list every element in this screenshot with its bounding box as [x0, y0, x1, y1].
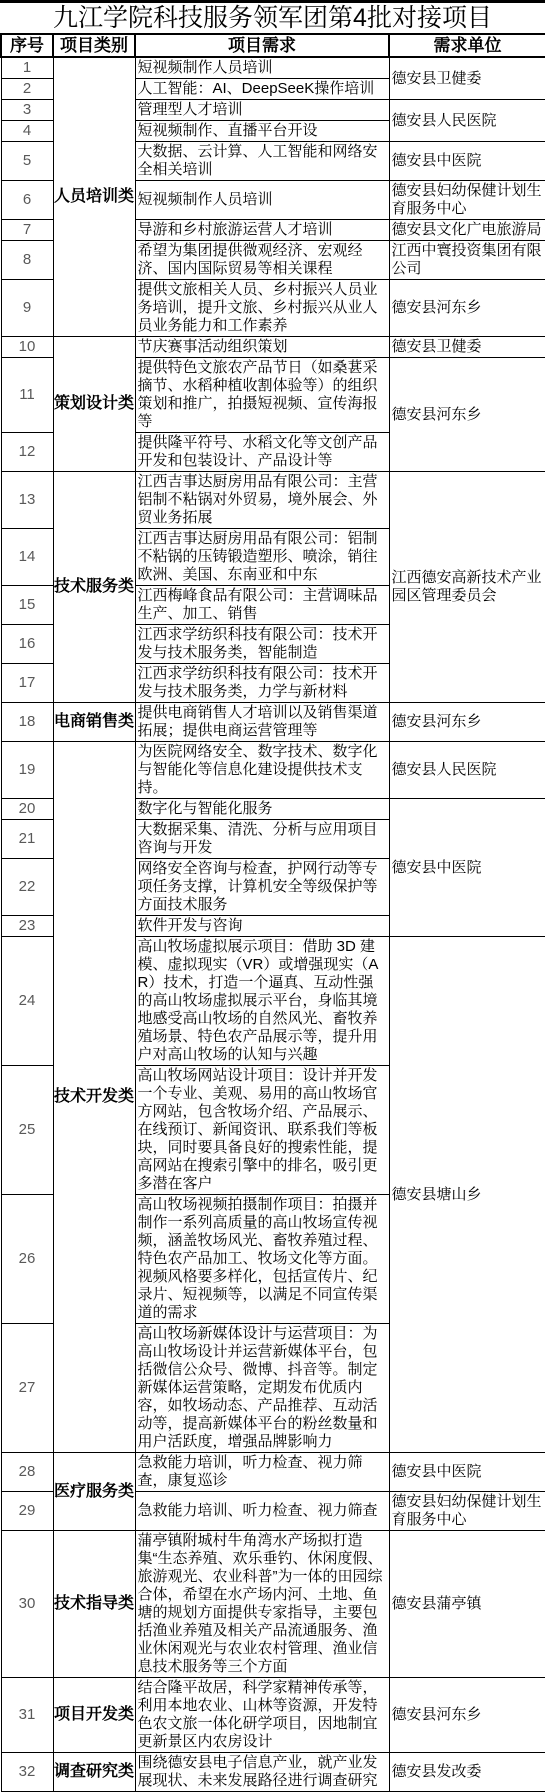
- requirement-cell: 节庆赛事活动组织策划: [135, 337, 389, 358]
- row-number-cell: 11: [1, 358, 53, 433]
- row-number-cell: 14: [1, 529, 53, 586]
- header-serial-number: 序号: [1, 34, 53, 57]
- row-number-cell: 28: [1, 1453, 53, 1492]
- requirement-cell: 蒲亭镇附城村牛角湾水产场拟打造集“生态养殖、欢乐垂钓、休闲度假、旅游观光、农业科…: [135, 1531, 389, 1678]
- requirement-cell: 短视频制作人员培训: [135, 181, 389, 220]
- unit-cell: 德安县卫健委: [389, 337, 545, 358]
- category-cell: 人员培训类: [53, 57, 135, 337]
- row-number-cell: 16: [1, 625, 53, 664]
- category-cell: 医疗服务类: [53, 1453, 135, 1531]
- requirement-cell: 短视频制作人员培训: [135, 57, 389, 79]
- requirement-cell: 软件开发与咨询: [135, 916, 389, 937]
- category-cell: 电商销售类: [53, 703, 135, 742]
- row-number-cell: 12: [1, 433, 53, 472]
- unit-cell: 德安县卫健委: [389, 57, 545, 100]
- requirement-cell: 为医院网络安全、数字技术、数字化与智能化等信息化建设提供技术支持。: [135, 742, 389, 799]
- requirement-cell: 急救能力培训、听力检查、视力筛查: [135, 1492, 389, 1531]
- requirement-cell: 结合隆平故居，科学家精神传承等，利用本地农业、山林等资源，开发特色农文旅一体化研…: [135, 1678, 389, 1753]
- unit-cell: 德安县塘山乡: [389, 937, 545, 1453]
- table-row: 28医疗服务类急救能力培训，听力检查、视力筛查，康复巡诊德安县中医院: [1, 1453, 545, 1492]
- row-number-cell: 18: [1, 703, 53, 742]
- row-number-cell: 24: [1, 937, 53, 1066]
- unit-cell: 德安县河东乡: [389, 358, 545, 472]
- requirement-cell: 提供电商销售人才培训以及销售渠道拓展；提供电商运营管理等: [135, 703, 389, 742]
- table-row: 30技术指导类蒲亭镇附城村牛角湾水产场拟打造集“生态养殖、欢乐垂钓、休闲度假、旅…: [1, 1531, 545, 1678]
- row-number-cell: 17: [1, 664, 53, 703]
- row-number-cell: 2: [1, 79, 53, 100]
- row-number-cell: 4: [1, 121, 53, 142]
- table-row: 31项目开发类结合隆平故居，科学家精神传承等，利用本地农业、山林等资源，开发特色…: [1, 1678, 545, 1753]
- unit-cell: 德安县中医院: [389, 1453, 545, 1492]
- requirement-cell: 大数据、云计算、人工智能和网络安全相关培训: [135, 142, 389, 181]
- requirement-cell: 江西求学纺织科技有限公司：技术开发与技术服务类，智能制造: [135, 625, 389, 664]
- category-cell: 项目开发类: [53, 1678, 135, 1753]
- row-number-cell: 21: [1, 820, 53, 859]
- table-row: 10策划设计类节庆赛事活动组织策划德安县卫健委: [1, 337, 545, 358]
- row-number-cell: 9: [1, 280, 53, 337]
- unit-cell: 德安县妇幼保健计划生育服务中心: [389, 181, 545, 220]
- unit-cell: 德安县人民医院: [389, 100, 545, 142]
- row-number-cell: 30: [1, 1531, 53, 1678]
- category-cell: 技术服务类: [53, 472, 135, 703]
- unit-cell: 德安县中医院: [389, 799, 545, 937]
- category-cell: 策划设计类: [53, 337, 135, 472]
- table-row: 18电商销售类提供电商销售人才培训以及销售渠道拓展；提供电商运营管理等德安县河东…: [1, 703, 545, 742]
- unit-cell: 德安县河东乡: [389, 1678, 545, 1753]
- requirement-cell: 大数据采集、清洗、分析与应用项目咨询与开发: [135, 820, 389, 859]
- row-number-cell: 3: [1, 100, 53, 121]
- row-number-cell: 31: [1, 1678, 53, 1753]
- table-row: 1人员培训类短视频制作人员培训德安县卫健委: [1, 57, 545, 79]
- unit-cell: 德安县发改委: [389, 1753, 545, 1792]
- projects-table: 序号 项目类别 项目需求 需求单位 1人员培训类短视频制作人员培训德安县卫健委2…: [0, 33, 545, 1792]
- requirement-cell: 围绕德安县电子信息产业，就产业发展现状、未来发展路径进行调查研究: [135, 1753, 389, 1792]
- row-number-cell: 32: [1, 1753, 53, 1792]
- unit-cell: 江西中寰投资集团有限公司: [389, 241, 545, 280]
- requirement-cell: 数字化与智能化服务: [135, 799, 389, 820]
- unit-cell: 德安县河东乡: [389, 280, 545, 337]
- requirement-cell: 高山牧场网站设计项目：设计并开发一个专业、美观、易用的高山牧场官方网站，包含牧场…: [135, 1066, 389, 1195]
- row-number-cell: 27: [1, 1324, 53, 1453]
- row-number-cell: 25: [1, 1066, 53, 1195]
- row-number-cell: 8: [1, 241, 53, 280]
- unit-cell: 江西德安高新技术产业园区管理委员会: [389, 472, 545, 703]
- unit-cell: 德安县文化广电旅游局: [389, 220, 545, 241]
- requirement-cell: 人工智能：AI、DeepSeeK操作培训: [135, 79, 389, 100]
- requirement-cell: 高山牧场视频拍摄制作项目：拍摄并制作一系列高质量的高山牧场宣传视频，涵盖牧场风光…: [135, 1195, 389, 1324]
- page-title: 九江学院科技服务领军团第4批对接项目: [0, 0, 545, 33]
- requirement-cell: 提供特色文旅农产品节日（如桑葚采摘节、水稻种植收割体验等）的组织策划和推广，拍摄…: [135, 358, 389, 433]
- requirement-cell: 短视频制作、直播平台开设: [135, 121, 389, 142]
- row-number-cell: 5: [1, 142, 53, 181]
- requirement-cell: 江西吉事达厨房用品有限公司：铝制不粘锅的压铸锻造塑形、喷涂，销往欧洲、美国、东南…: [135, 529, 389, 586]
- requirement-cell: 高山牧场虚拟展示项目：借助 3D 建模、虚拟现实（VR）或增强现实（AR）技术，…: [135, 937, 389, 1066]
- unit-cell: 德安县人民医院: [389, 742, 545, 799]
- requirement-cell: 江西吉事达厨房用品有限公司：主营铝制不粘锅对外贸易，境外展会、外贸业务拓展: [135, 472, 389, 529]
- header-project-requirement: 项目需求: [135, 34, 389, 57]
- requirement-cell: 提供隆平符号、水稻文化等文创产品开发和包装设计、产品设计等: [135, 433, 389, 472]
- row-number-cell: 7: [1, 220, 53, 241]
- table-row: 32调查研究类围绕德安县电子信息产业，就产业发展现状、未来发展路径进行调查研究德…: [1, 1753, 545, 1792]
- category-cell: 技术指导类: [53, 1531, 135, 1678]
- row-number-cell: 10: [1, 337, 53, 358]
- row-number-cell: 13: [1, 472, 53, 529]
- requirement-cell: 提供文旅相关人员、乡村振兴人员业务培训，提升文旅、乡村振兴从业人员业务能力和工作…: [135, 280, 389, 337]
- unit-cell: 德安县河东乡: [389, 703, 545, 742]
- requirement-cell: 导游和乡村旅游运营人才培训: [135, 220, 389, 241]
- table-row: 19技术开发类为医院网络安全、数字技术、数字化与智能化等信息化建设提供技术支持。…: [1, 742, 545, 799]
- requirement-cell: 江西求学纺织科技有限公司：技术开发与技术服务类，力学与新材料: [135, 664, 389, 703]
- unit-cell: 德安县中医院: [389, 142, 545, 181]
- row-number-cell: 26: [1, 1195, 53, 1324]
- header-project-category: 项目类别: [53, 34, 135, 57]
- document-page: 九江学院科技服务领军团第4批对接项目 序号 项目类别 项目需求 需求单位 1人员…: [0, 0, 545, 1792]
- header-demand-unit: 需求单位: [389, 34, 545, 57]
- requirement-cell: 江西梅峰食品有限公司：主营调味品生产、加工、销售: [135, 586, 389, 625]
- row-number-cell: 6: [1, 181, 53, 220]
- unit-cell: 德安县蒲亭镇: [389, 1531, 545, 1678]
- row-number-cell: 20: [1, 799, 53, 820]
- row-number-cell: 1: [1, 57, 53, 79]
- requirement-cell: 急救能力培训，听力检查、视力筛查，康复巡诊: [135, 1453, 389, 1492]
- row-number-cell: 19: [1, 742, 53, 799]
- row-number-cell: 22: [1, 859, 53, 916]
- header-row: 序号 项目类别 项目需求 需求单位: [1, 34, 545, 57]
- requirement-cell: 网络安全咨询与检查，护网行动等专项任务支撑，计算机安全等级保护等方面技术服务: [135, 859, 389, 916]
- category-cell: 技术开发类: [53, 742, 135, 1453]
- requirement-cell: 管理型人才培训: [135, 100, 389, 121]
- row-number-cell: 29: [1, 1492, 53, 1531]
- table-row: 13技术服务类江西吉事达厨房用品有限公司：主营铝制不粘锅对外贸易，境外展会、外贸…: [1, 472, 545, 529]
- requirement-cell: 高山牧场新媒体设计与运营项目：为高山牧场设计并运营新媒体平台，包括微信公众号、微…: [135, 1324, 389, 1453]
- category-cell: 调查研究类: [53, 1753, 135, 1792]
- requirement-cell: 希望为集团提供微观经济、宏观经济、国内国际贸易等相关课程: [135, 241, 389, 280]
- unit-cell: 德安县妇幼保健计划生育服务中心: [389, 1492, 545, 1531]
- row-number-cell: 15: [1, 586, 53, 625]
- row-number-cell: 23: [1, 916, 53, 937]
